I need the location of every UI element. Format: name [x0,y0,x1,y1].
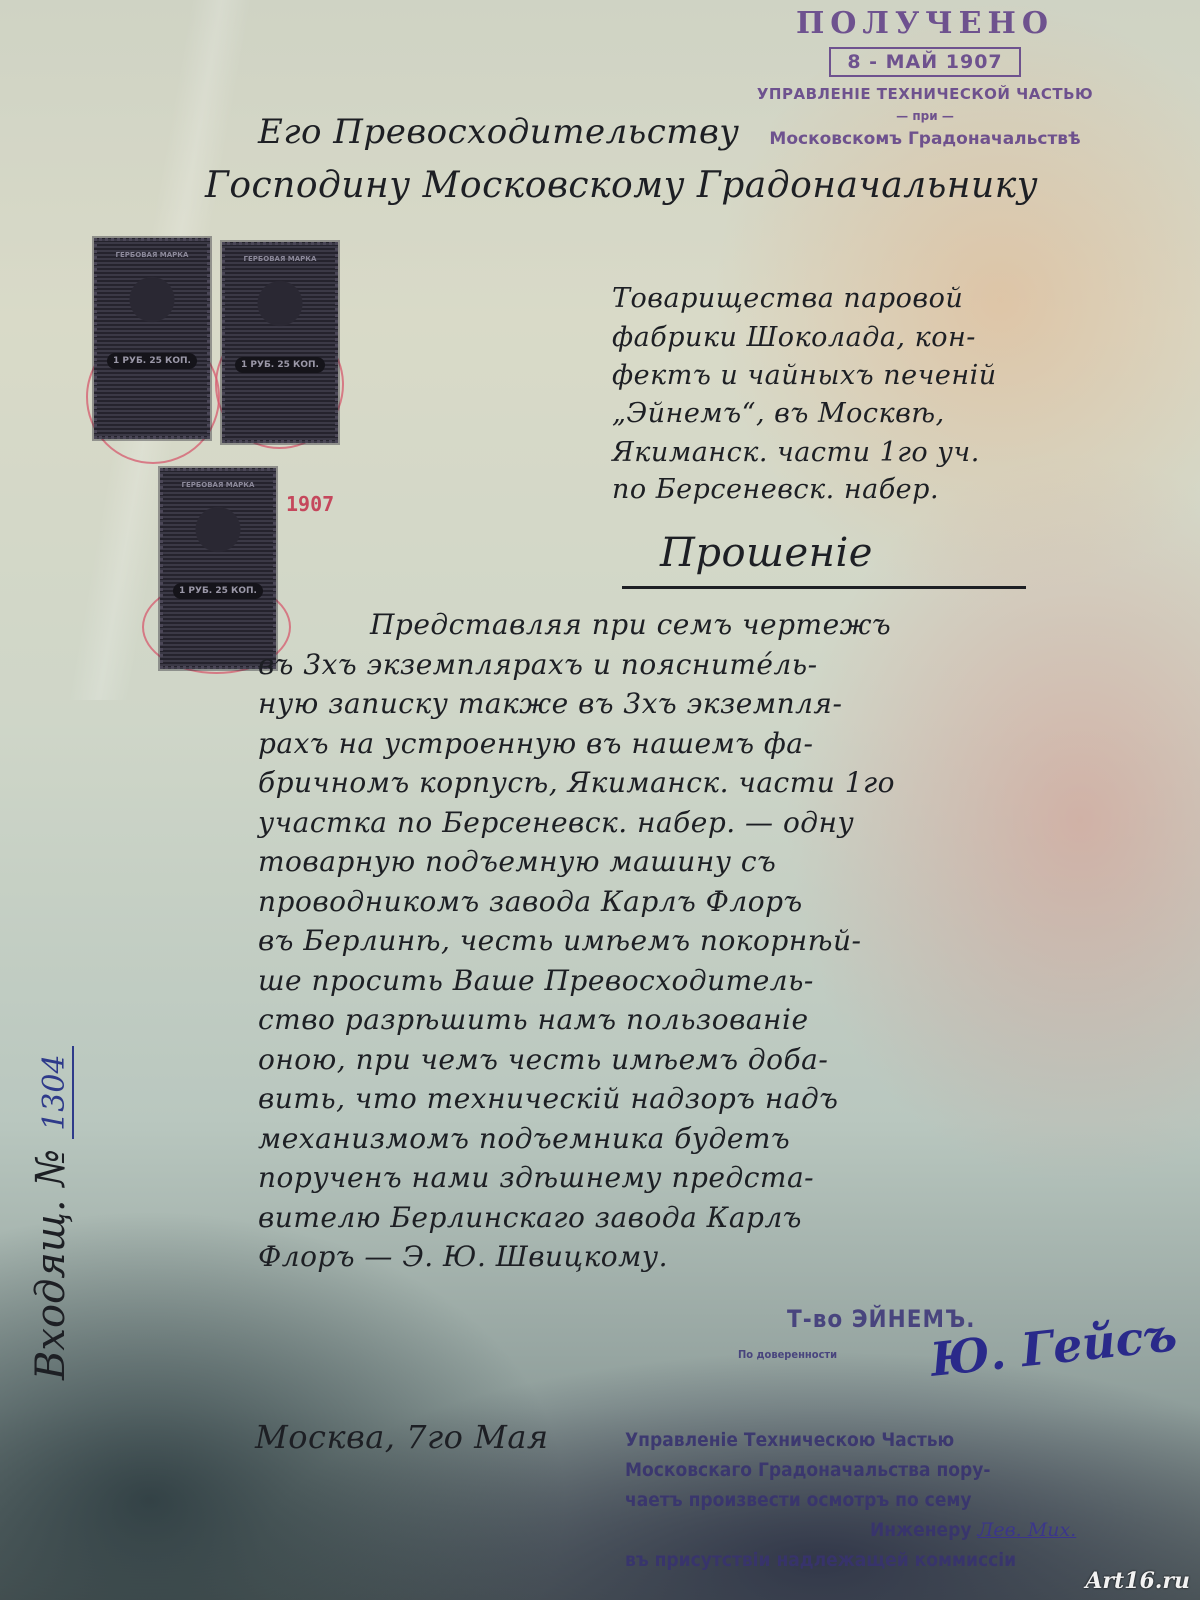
received-stamp-department: УПРАВЛЕНІЕ ТЕХНИЧЕСКОЙ ЧАСТЬЮ [755,85,1095,103]
resolution-line: Инженеру [870,1519,972,1541]
address-line-1: Его Превосходительству [258,112,740,152]
city-date: Москва, 7го Мая [255,1418,549,1456]
body-line: въ 3хъ экземплярахъ и поясните́ль- [258,648,818,681]
revenue-stamp: ГЕРБОВАЯ МАРКА 1 РУБ. 25 КОП. [94,238,210,439]
body-line: участка по Берсеневск. набер. — одну [258,806,854,839]
body-line: въ Берлинѣ, честь имѣемъ покорнѣй- [258,924,861,957]
sender-line: по Берсеневск. набер. [612,474,939,505]
received-stamp-office: Московскомъ Градоначальствѣ [755,129,1095,149]
received-stamp-date: 8 - МАЙ 1907 [829,47,1020,77]
body-line: порученъ нами здѣшнему предста- [258,1161,814,1194]
resolution-stamp: Управленіе Техническою Частью Московскаг… [580,1425,1076,1575]
engineer-signature: Лев. Мих. [978,1519,1077,1541]
sender-line: фектъ и чайныхъ печеній [612,360,997,391]
site-watermark: Art16.ru [1085,1568,1190,1594]
body-line: вить, что техническій надзоръ надъ [258,1082,838,1115]
body-line: ную записку также въ 3хъ экземпля- [258,687,842,720]
sender-line: „Эйнемъ“, въ Москвѣ, [612,398,945,429]
revenue-stamp: ГЕРБОВАЯ МАРКА 1 РУБ. 25 КОП. [160,468,276,669]
revenue-stamp-header: ГЕРБОВАЯ МАРКА [171,481,265,489]
body-line: ше просить Ваше Превосходитель- [258,964,814,997]
body-line: ство разрѣшить намъ пользованіе [258,1003,809,1036]
register-label: Входящ. № [28,1149,74,1380]
resolution-line: въ присутствіи надлежащей коммиссіи [580,1545,1076,1575]
received-stamp-at: — при — [755,109,1095,123]
body-line: Флоръ — Э. Ю. Швицкому. [258,1240,668,1273]
body-line: рахъ на устроенную въ нашемъ фа- [258,727,813,760]
sender-line: Якиманск. части 1го уч. [612,437,980,468]
resolution-line: Московскаго Градоначальства пору- [580,1455,1076,1485]
proxy-stamp: По доверенности [738,1348,837,1361]
body-line: Представляя при семъ чертежъ [370,608,891,641]
resolution-line: Управленіе Техническою Частью [580,1425,1076,1455]
revenue-stamp-value: 1 РУБ. 25 КОП. [107,353,197,369]
body-line: бричномъ корпусѣ, Якиманск. части 1го [258,766,895,799]
register-number: 1304 [37,1046,74,1138]
body-line: вителю Берлинскаго завода Карлъ [258,1201,802,1234]
revenue-stamp-header: ГЕРБОВАЯ МАРКА [105,251,199,259]
body-line: проводникомъ завода Карлъ Флоръ [258,885,803,918]
body-line: механизмомъ подъемника будетъ [258,1122,790,1155]
revenue-stamp: ГЕРБОВАЯ МАРКА 1 РУБ. 25 КОП. [222,242,338,443]
sender-line: Товарищества паровой [612,283,963,314]
company-stamp: Т-во ЭЙНЕМЪ. [787,1305,975,1333]
received-stamp: ПОЛУЧЕНО 8 - МАЙ 1907 УПРАВЛЕНІЕ ТЕХНИЧЕ… [755,6,1095,149]
revenue-stamp-value: 1 РУБ. 25 КОП. [173,583,263,599]
revenue-stamp-header: ГЕРБОВАЯ МАРКА [233,255,327,263]
received-stamp-title: ПОЛУЧЕНО [755,6,1095,41]
incoming-register: Входящ. №1304 [28,1046,74,1380]
sender-line: фабрики Шоколада, кон- [612,322,976,353]
body-line: товарную подъемную машину съ [258,845,776,878]
body-line: оною, при чемъ честь имѣемъ доба- [258,1043,828,1076]
cancel-stamp-year: 1907 [286,492,334,516]
resolution-line: чаетъ произвести осмотръ по сему [580,1485,1076,1515]
revenue-stamp-value: 1 РУБ. 25 КОП. [235,357,325,373]
title-underline [622,586,1026,589]
address-line-2: Господину Московскому Градоначальнику [205,165,1038,206]
petition-title: Прошеніе [660,530,873,576]
